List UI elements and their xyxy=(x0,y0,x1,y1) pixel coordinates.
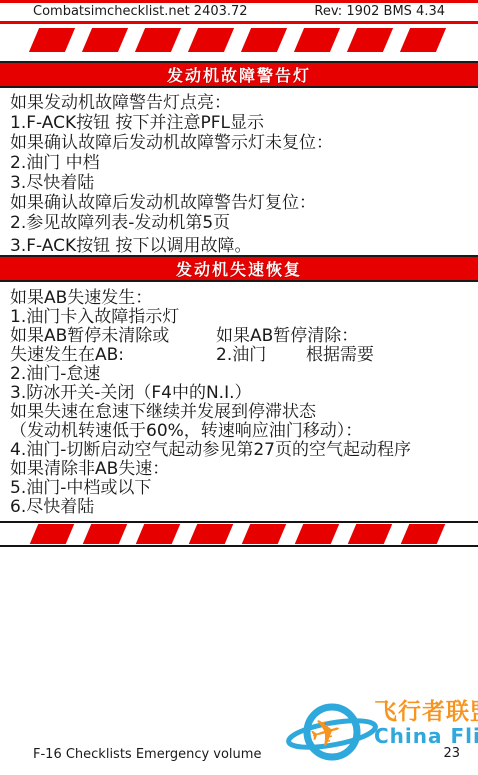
logo-text: 飞行者联盟 China Flier xyxy=(374,699,472,747)
column-right: 根据需要 xyxy=(306,346,374,365)
page-header: Combatsimchecklist.net 2403.72 Rev: 1902… xyxy=(33,4,445,20)
hazard-stripe xyxy=(295,524,339,544)
header-revision: Rev: 1902 BMS 4.34 xyxy=(314,4,445,20)
column-left: 失速发生在AB: xyxy=(10,346,216,365)
hazard-stripe xyxy=(400,28,446,52)
checklist-line: 如果发动机故障警告灯点亮： xyxy=(10,93,472,113)
checklist-line: 1.F-ACK按钮 按下并注意PFL显示 xyxy=(10,113,472,133)
hazard-stripe xyxy=(189,524,233,544)
checklist-line: 如果失速在怠速下继续并发展到停滞状态 xyxy=(10,403,472,422)
section-banner-engine-fault-light: 发动机故障警告灯 xyxy=(0,61,478,88)
hazard-stripe xyxy=(347,28,393,52)
checklist-line: （发动机转速低于60%，转速响应油门移动）： xyxy=(10,422,472,441)
hazard-stripe xyxy=(135,28,181,52)
top-red-rule xyxy=(0,0,478,3)
hazard-stripe xyxy=(83,524,127,544)
footer-volume-title: F-16 Checklists Emergency volume xyxy=(33,747,261,762)
section-body-engine-stall-recovery: 如果AB失速发生： 1.油门卡入故障指示灯 如果AB暂停未清除或 如果AB暂停清… xyxy=(10,289,472,517)
hazard-stripe xyxy=(294,28,340,52)
checklist-line: 4.油门-切断启动空气起动参见第27页的空气起动程序 xyxy=(10,441,472,460)
checklist-line: 3.F-ACK按钮 按下以调用故障。 xyxy=(10,236,472,256)
logo-title-chinese: 飞行者联盟 xyxy=(374,699,472,725)
hazard-stripe xyxy=(188,28,234,52)
checklist-line: 2.油门 中档 xyxy=(10,153,472,173)
hazard-stripe xyxy=(348,524,392,544)
hazard-stripe xyxy=(82,28,128,52)
checklist-line: 3.防冰开关-关闭（F4中的N.I.） xyxy=(10,384,472,403)
checklist-two-column-row: 如果AB暂停未清除或 如果AB暂停清除： xyxy=(10,327,472,346)
hazard-stripe xyxy=(30,524,74,544)
hazard-stripe xyxy=(241,28,287,52)
section-title: 发动机失速恢复 xyxy=(176,257,302,280)
hazard-stripe xyxy=(401,524,445,544)
header-red-rule xyxy=(0,21,478,24)
column-left: 如果AB暂停未清除或 xyxy=(10,327,216,346)
checklist-line: 如果确认故障后发动机故障警告灯复位： xyxy=(10,193,472,213)
column-right: 如果AB暂停清除： xyxy=(216,327,358,346)
checklist-line: 如果AB失速发生： xyxy=(10,289,472,308)
checklist-line: 2.参见故障列表-发动机第5页 xyxy=(10,213,472,233)
header-source: Combatsimchecklist.net 2403.72 xyxy=(33,4,248,20)
hazard-stripe xyxy=(242,524,286,544)
checklist-line: 如果清除非AB失速： xyxy=(10,460,472,479)
hazard-stripe xyxy=(29,28,75,52)
checklist-line: 5.油门-中档或以下 xyxy=(10,479,472,498)
page-number: 23 xyxy=(443,746,460,761)
checklist-line: 2.油门-怠速 xyxy=(10,365,472,384)
section-title: 发动机故障警告灯 xyxy=(167,63,311,86)
checklist-line: 6.尽快着陆 xyxy=(10,498,472,517)
section-body-engine-fault-light: 如果发动机故障警告灯点亮： 1.F-ACK按钮 按下并注意PFL显示 如果确认故… xyxy=(10,93,472,256)
hazard-stripe-band-top xyxy=(0,28,478,52)
checklist-two-column-row: 失速发生在AB: 2.油门 根据需要 xyxy=(10,346,472,365)
checklist-page: Combatsimchecklist.net 2403.72 Rev: 1902… xyxy=(0,0,478,775)
hazard-stripe xyxy=(136,524,180,544)
hazard-stripe-band-bottom xyxy=(0,521,478,547)
section-banner-engine-stall-recovery: 发动机失速恢复 xyxy=(0,255,478,282)
checklist-line: 如果确认故障后发动机故障警示灯未复位： xyxy=(10,133,472,153)
column-mid: 2.油门 xyxy=(216,346,306,365)
checklist-line: 1.油门卡入故障指示灯 xyxy=(10,308,472,327)
checklist-line: 3.尽快着陆 xyxy=(10,173,472,193)
globe-airplane-icon: ✈ xyxy=(286,697,382,763)
logo-title-english: China Flier xyxy=(374,725,472,747)
